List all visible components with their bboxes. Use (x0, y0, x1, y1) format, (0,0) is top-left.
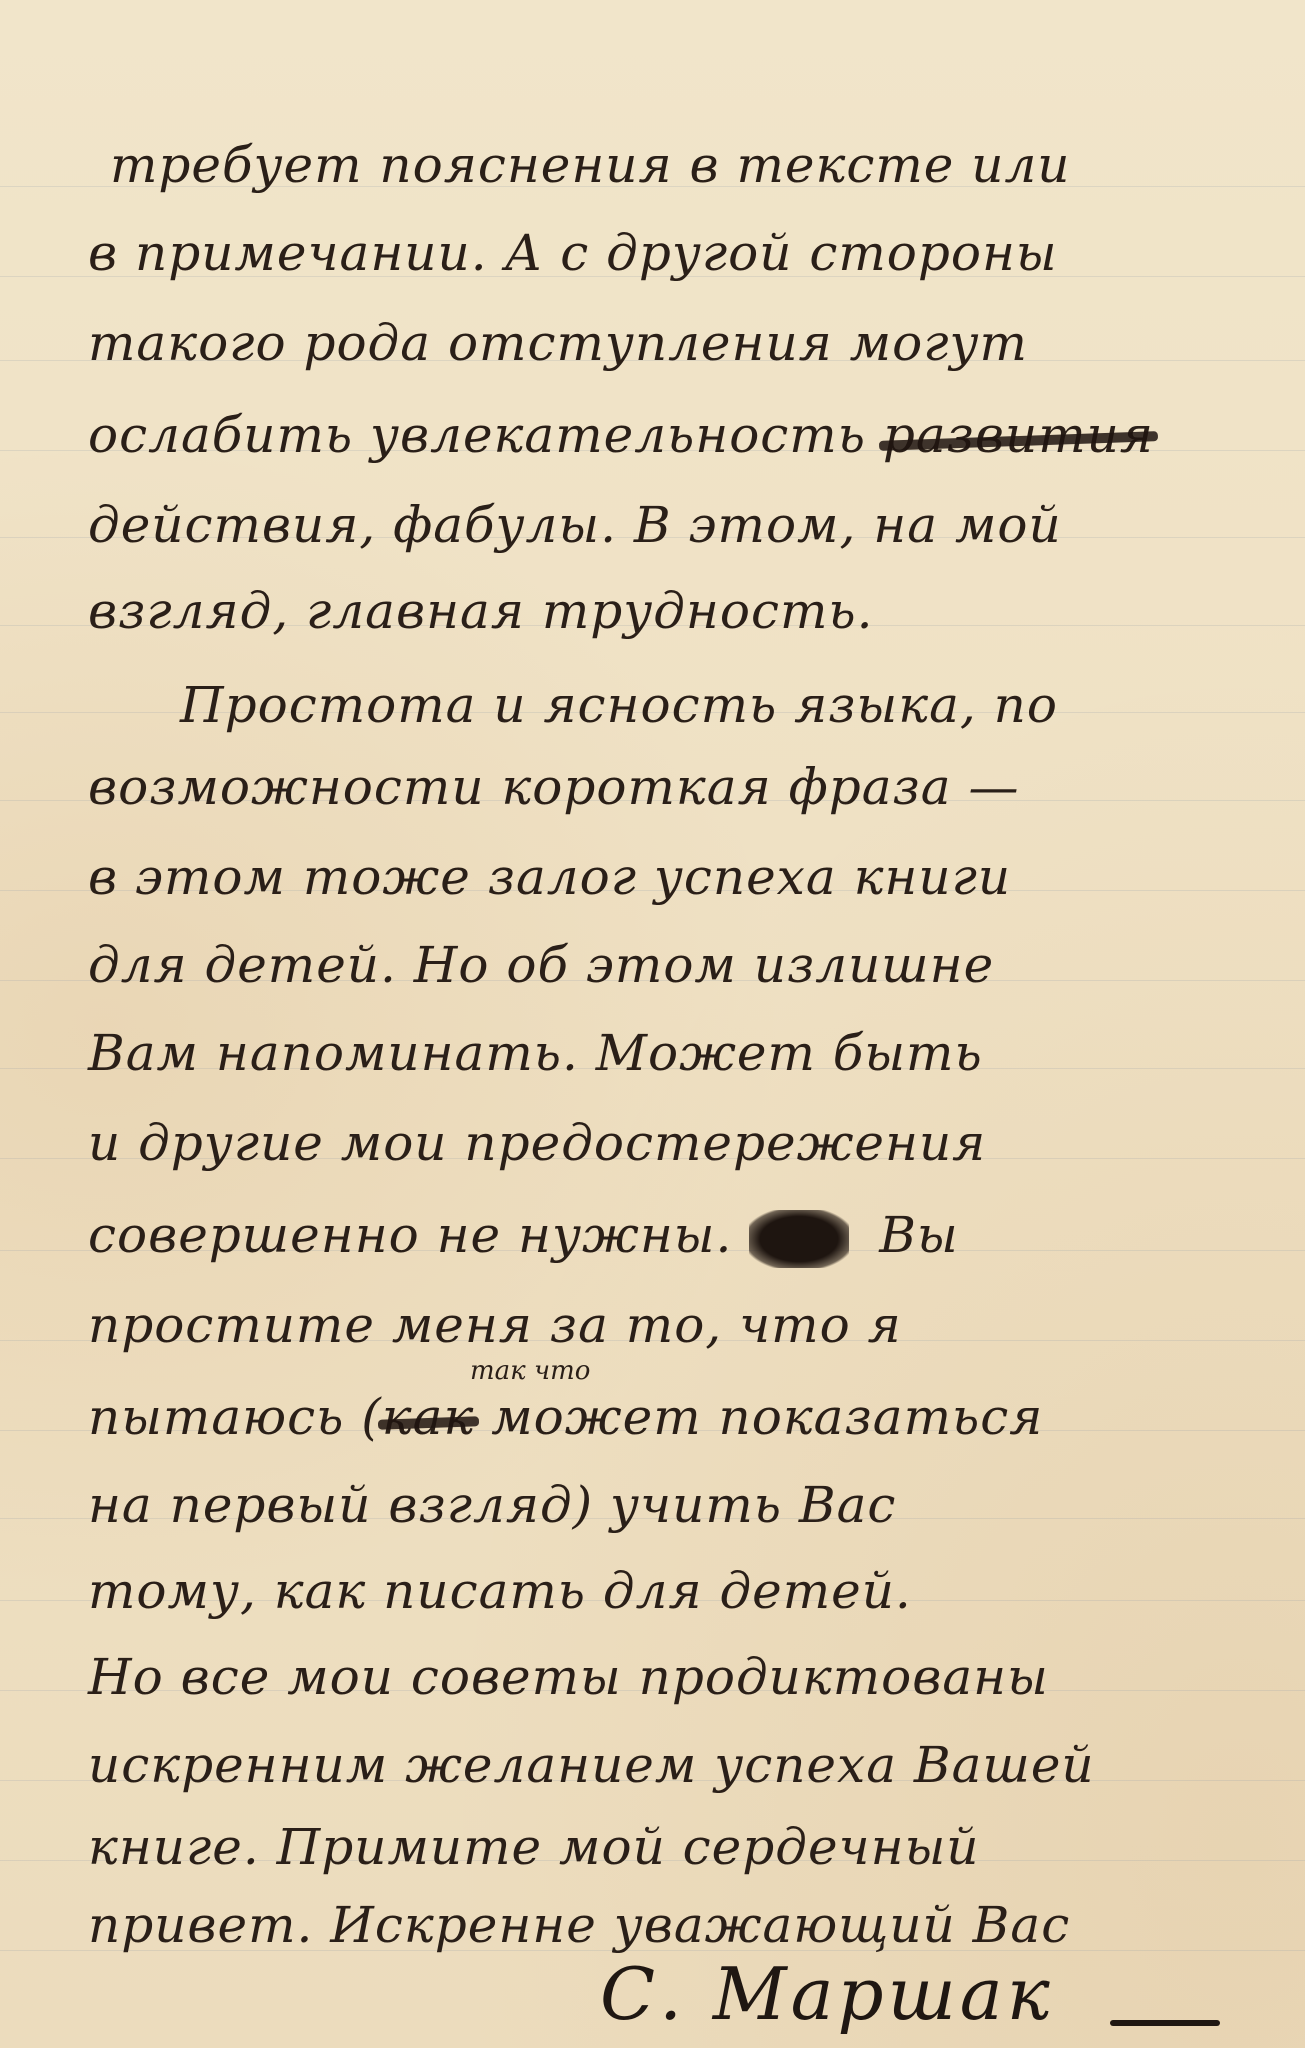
text-line-4: ослабить увлекательность развития (88, 410, 1285, 460)
signature-flourish (1110, 2020, 1220, 2026)
text-line-21: привет. Искренне уважающий Вас (88, 1900, 1285, 1950)
letter-page: требует пояснения в тексте или в примеча… (0, 0, 1305, 2048)
line-13-end: Вы (879, 1206, 958, 1264)
text-line-5: действия, фабулы. В этом, на мой (88, 500, 1285, 550)
struck-word: развития (883, 406, 1154, 464)
text-line-3: такого рода отступления могут (88, 318, 1285, 368)
insertion-text: так что (470, 1356, 590, 1386)
struck-word: как (382, 1388, 475, 1446)
line-13-text: совершенно не нужны. (88, 1206, 749, 1264)
text-line-8: возможности короткая фраза — (88, 762, 1285, 812)
text-line-20: книге. Примите мой сердечный (88, 1822, 1285, 1872)
line-4-text: ослабить увлекательность (88, 406, 883, 464)
text-line-10: для детей. Но об этом излишне (88, 940, 1285, 990)
text-line-13: совершенно не нужны. Вы (88, 1210, 1285, 1268)
text-line-1: требует пояснения в тексте или (110, 140, 1285, 190)
text-line-6: взгляд, главная трудность. (88, 586, 1285, 636)
text-line-11: Вам напоминать. Может быть (88, 1028, 1285, 1078)
text-line-14: простите меня за то, что я (88, 1300, 1285, 1350)
text-line-12: и другие мои предостережения (88, 1118, 1285, 1168)
text-line-15: пытаюсь (как может показаться (88, 1392, 1285, 1442)
text-line-2: в примечании. А с другой стороны (88, 228, 1285, 278)
text-line-18: Но все мои советы продиктованы (88, 1652, 1285, 1702)
text-line-19: искренним желанием успеха Вашей (88, 1740, 1285, 1790)
line-15-end: может показаться (474, 1388, 1043, 1446)
text-line-17: тому, как писать для детей. (88, 1566, 1285, 1616)
text-line-9: в этом тоже залог успеха книги (88, 852, 1285, 902)
line-15-text: пытаюсь ( (88, 1388, 382, 1446)
text-line-7: Простота и ясность языка, по (180, 680, 1285, 730)
text-line-16: на первый взгляд) учить Вас (88, 1480, 1285, 1530)
signature: С. Маршак (600, 1952, 1054, 2036)
ink-blot (749, 1210, 849, 1268)
